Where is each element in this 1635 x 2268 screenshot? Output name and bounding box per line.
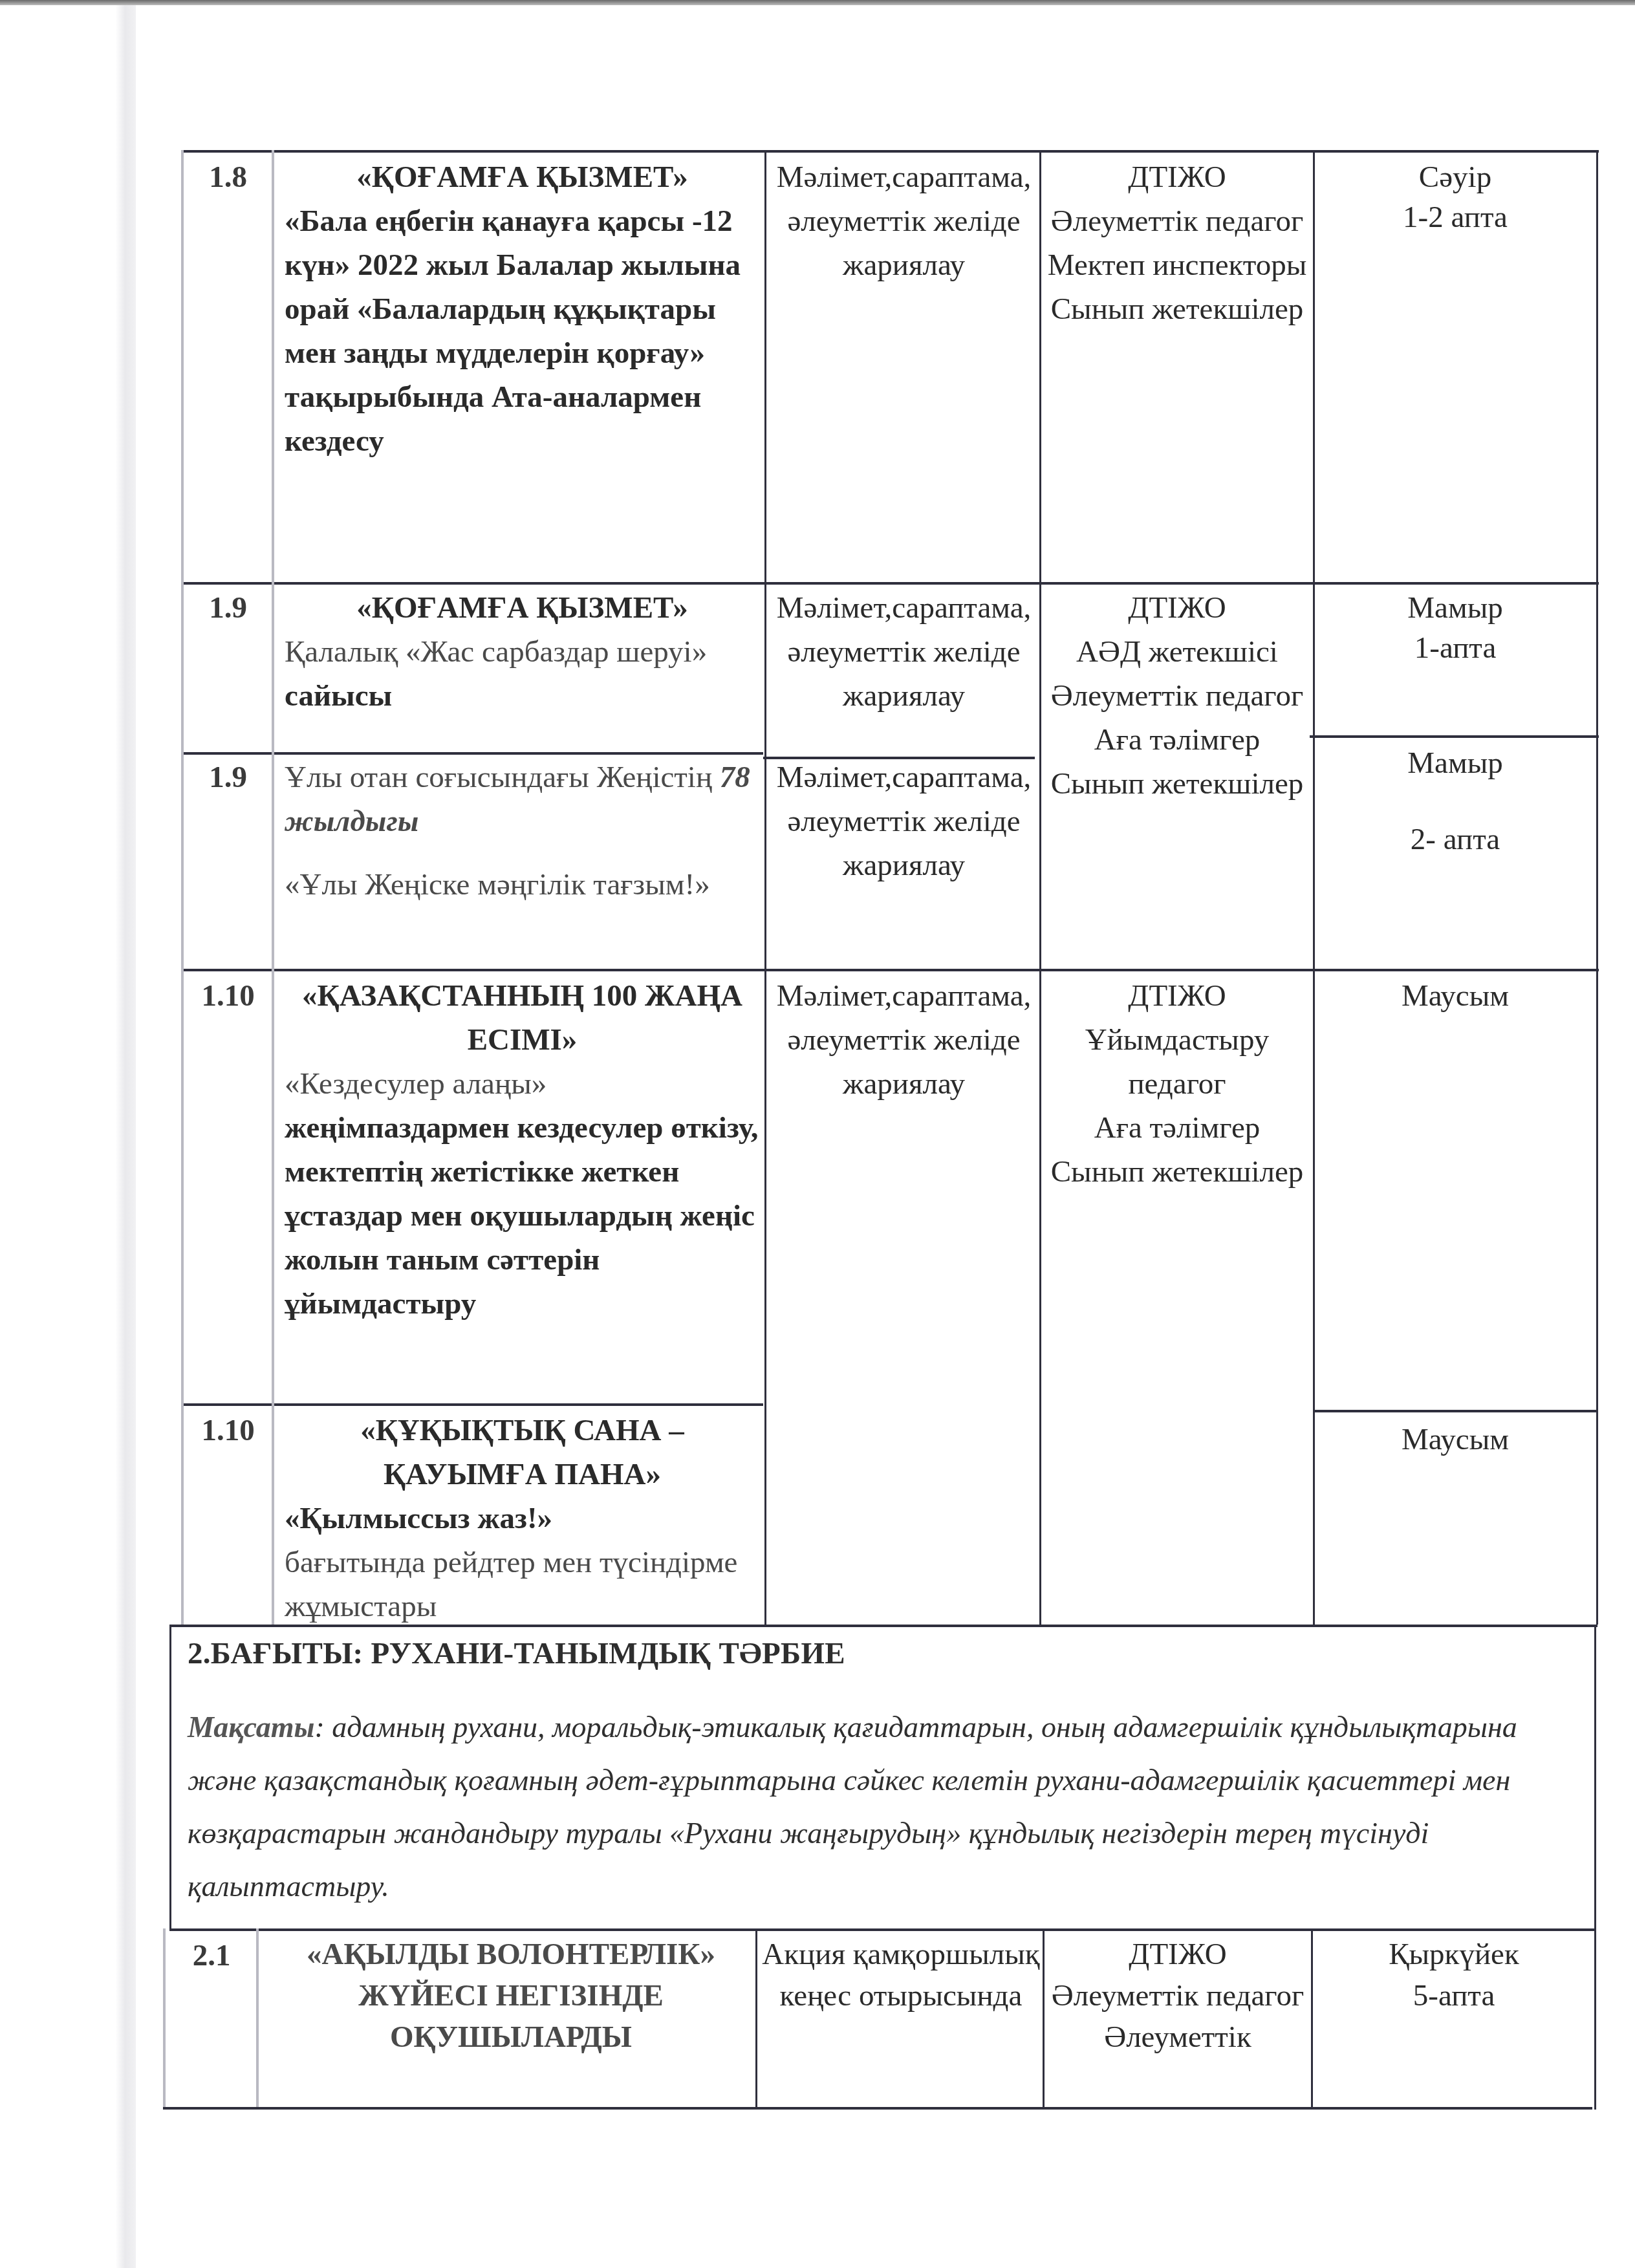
responsible-cell: ДТІЖО Ұйымдастыру педагог Аға тәлімгер С… [1043, 974, 1312, 1194]
row-number: 1.8 [184, 155, 272, 199]
activity-title: «ҚҰҚЫҚТЫҚ САНА – ҚАУЫМҒА ПАНА» [285, 1409, 760, 1496]
activity-description: Қалалық «Жас сарбаздар шеруі» [285, 635, 707, 669]
responsible-item: Сынып жетекшілер [1043, 1150, 1312, 1194]
responsible-cell: ДТІЖО АӘД жетекшісі Әлеуметтік педагог А… [1043, 586, 1312, 806]
date-cell: Сәуір 1-2 апта [1316, 155, 1594, 239]
row-number: 1.9 [184, 755, 272, 799]
responsible-item: ДТІЖО [1043, 974, 1312, 1018]
activity-title: «ҚОҒАМҒА ҚЫЗМЕТ» [285, 586, 760, 630]
responsible-item: Әлеуметтік [1046, 2016, 1309, 2058]
responsible-cell: ДТІЖО Әлеуметтік педагог Мектеп инспекто… [1043, 155, 1312, 331]
activity-cell: Ұлы отан соғысындағы Жеңістің 78 жылдыгы… [285, 755, 760, 907]
date-cell: Мамыр 2- апта [1316, 741, 1594, 861]
date-week: 1-2 апта [1316, 195, 1594, 239]
activity-title: «ҚАЗАҚСТАННЫҢ 100 ЖАҢА ЕСІМІ» [285, 974, 760, 1062]
date-cell: Қыркүйек 5-апта [1314, 1934, 1594, 2016]
responsible-item: Сынып жетекшілер [1043, 287, 1312, 331]
row-number: 2.1 [167, 1934, 256, 1978]
activity-description: «Бала еңбегін қанауға қарсы -12 күн» 202… [285, 204, 741, 458]
responsible-item: Әлеуметтік педагог [1046, 1975, 1309, 2016]
activity-description-tail: сайысы [285, 679, 392, 713]
section-goal: Мақсаты: адамның рухани, моральдық-этика… [188, 1701, 1585, 1913]
date-week: 5-апта [1314, 1975, 1594, 2016]
row-number: 1.9 [184, 586, 272, 630]
form-cell: Мәлімет,сараптама, әлеуметтік желіде жар… [770, 155, 1038, 287]
activity-description: бағытында рейдтер мен түсіндірме жұмыста… [285, 1540, 760, 1628]
responsible-item: ДТІЖО [1046, 1934, 1309, 1975]
form-cell: Акция қамқоршылық кеңес отырысында [762, 1934, 1040, 2016]
responsible-item: ДТІЖО [1043, 155, 1312, 199]
row-number: 1.10 [184, 974, 272, 1018]
responsible-item: Ұйымдастыру педагог [1043, 1018, 1312, 1106]
activity-description: «Кездесулер алаңы» [285, 1062, 760, 1106]
responsible-item: Мектеп инспекторы [1043, 243, 1312, 287]
activity-description: Ұлы отан соғысындағы Жеңістің [285, 761, 712, 794]
form-cell: Мәлімет,сараптама, әлеуметтік желіде жар… [770, 974, 1038, 1106]
date-month: Мамыр [1316, 741, 1594, 785]
date-month: Сәуір [1316, 155, 1594, 199]
date-week: 1-апта [1316, 626, 1594, 670]
goal-label: Мақсаты [188, 1711, 315, 1744]
activity-cell: «ҚАЗАҚСТАННЫҢ 100 ЖАҢА ЕСІМІ» «Кездесуле… [285, 974, 760, 1326]
scan-margin [0, 5, 136, 2268]
activity-title: «ҚОҒАМҒА ҚЫЗМЕТ» [285, 155, 760, 199]
activity-description-detail: жеңімпаздармен кездесулер өткізу, мектеп… [285, 1106, 760, 1326]
activity-subtitle: «Ұлы Жеңіске мәңгілік тағзым!» [285, 863, 760, 907]
date-cell: Маусым [1316, 1418, 1594, 1462]
activity-cell: «ҚОҒАМҒА ҚЫЗМЕТ» Қалалық «Жас сарбаздар … [285, 586, 760, 718]
activity-cell: «ҚОҒАМҒА ҚЫЗМЕТ» «Бала еңбегін қанауға қ… [285, 155, 760, 463]
date-cell: Мамыр 1-апта [1316, 586, 1594, 670]
goal-text: : адамның рухани, моральдық-этикалық қағ… [188, 1711, 1517, 1903]
date-month: Қыркүйек [1314, 1934, 1594, 1975]
form-cell: Мәлімет,сараптама, әлеуметтік желіде жар… [770, 755, 1038, 887]
responsible-item: Аға тәлімгер [1043, 718, 1312, 762]
activity-title: «АҚЫЛДЫ ВОЛОНТЕРЛІК» ЖҮЙЕСІ НЕГІЗІНДЕ ОҚ… [272, 1934, 750, 2058]
date-cell: Маусым [1316, 974, 1594, 1018]
responsible-item: Сынып жетекшілер [1043, 762, 1312, 806]
date-week: 2- апта [1316, 817, 1594, 861]
date-month: Мамыр [1316, 586, 1594, 630]
activity-cell: «ҚҰҚЫҚТЫҚ САНА – ҚАУЫМҒА ПАНА» «Қылмыссы… [285, 1409, 760, 1628]
responsible-item: АӘД жетекшісі [1043, 630, 1312, 674]
responsible-cell: ДТІЖО Әлеуметтік педагог Әлеуметтік [1046, 1934, 1309, 2058]
responsible-item: Әлеуметтік педагог [1043, 199, 1312, 243]
responsible-item: ДТІЖО [1043, 586, 1312, 630]
form-cell: Мәлімет,сараптама, әлеуметтік желіде жар… [770, 586, 1038, 718]
responsible-item: Әлеуметтік педагог [1043, 674, 1312, 718]
responsible-item: Аға тәлімгер [1043, 1106, 1312, 1150]
section-heading: 2.БАҒЫТЫ: РУХАНИ-ТАНЫМДЫҚ ТӘРБИЕ [188, 1636, 845, 1671]
activity-subtitle: «Қылмыссыз жаз!» [285, 1496, 760, 1540]
scan-edge [0, 0, 1635, 5]
row-number: 1.10 [184, 1409, 272, 1453]
